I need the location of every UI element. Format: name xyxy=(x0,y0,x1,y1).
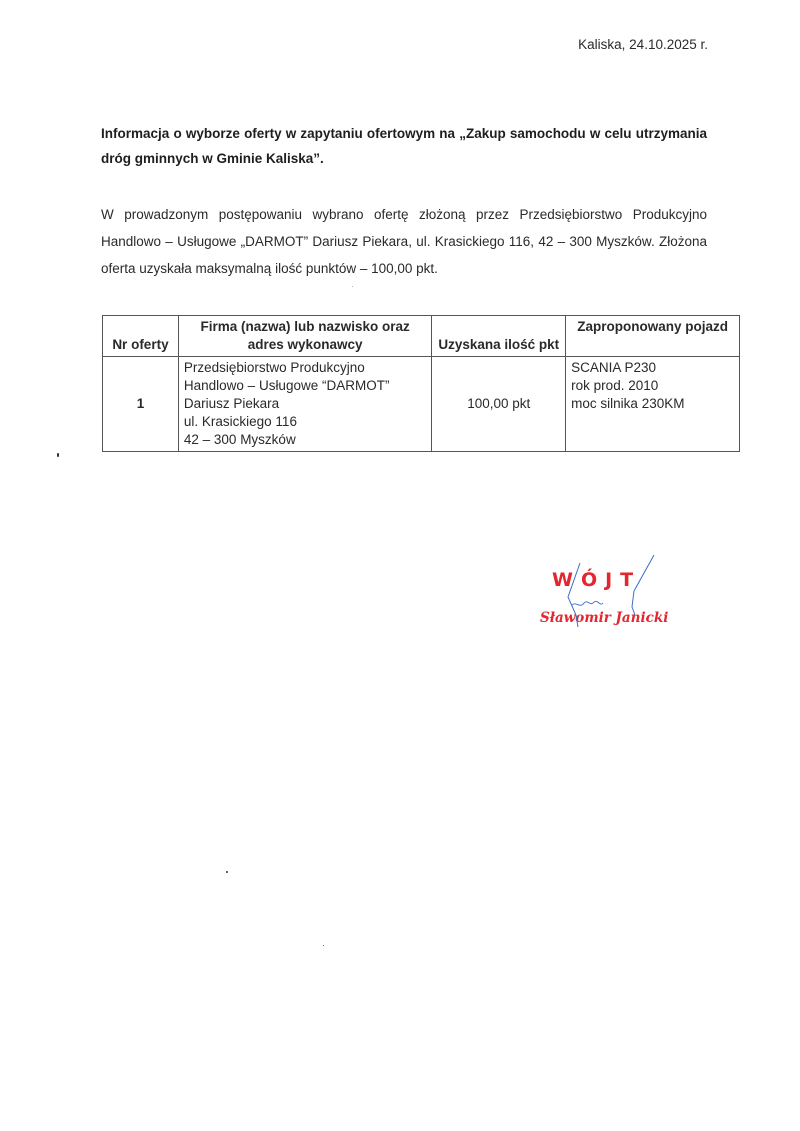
body-paragraph: W prowadzonym postępowaniu wybrano ofert… xyxy=(101,201,707,282)
vehicle-line: rok prod. 2010 xyxy=(571,377,734,395)
firm-line: Dariusz Piekara xyxy=(184,395,427,413)
scan-speck xyxy=(121,341,122,343)
firm-line: Handlowo – Usługowe “DARMOT” xyxy=(184,377,427,395)
title-line-2: dróg gminnych w Gminie Kaliska”. xyxy=(101,146,707,171)
firm-line: Przedsiębiorstwo Produkcyjno xyxy=(184,359,427,377)
cell-pojazd: SCANIA P230 rok prod. 2010 moc silnika 2… xyxy=(566,357,740,452)
title-line-1: Informacja o wyborze oferty w zapytaniu … xyxy=(101,121,707,146)
cell-punkty: 100,00 pkt xyxy=(432,357,566,452)
body-line-1: W prowadzonym postępowaniu wybrano ofert… xyxy=(101,201,707,228)
firm-line: 42 – 300 Myszków xyxy=(184,431,427,449)
header-nr-oferty: Nr oferty xyxy=(103,316,179,357)
handwritten-signature-icon xyxy=(536,555,686,645)
place-date: Kaliska, 24.10.2025 r. xyxy=(578,37,708,52)
scan-speck xyxy=(323,945,324,946)
offers-table: Nr oferty Firma (nazwa) lub nazwisko ora… xyxy=(102,315,740,452)
document-title: Informacja o wyborze oferty w zapytaniu … xyxy=(101,121,707,171)
scan-speck xyxy=(57,453,59,457)
signature-stamp: WÓJT Sławomir Janicki xyxy=(536,555,686,635)
document-page: Kaliska, 24.10.2025 r. Informacja o wybo… xyxy=(0,0,800,1131)
vehicle-line: SCANIA P230 xyxy=(571,359,734,377)
body-line-3: oferta uzyskała maksymalną ilość punktów… xyxy=(101,255,707,282)
table-row: 1 Przedsiębiorstwo Produkcyjno Handlowo … xyxy=(103,357,740,452)
header-pojazd: Zaproponowany pojazd xyxy=(566,316,740,357)
firm-line: ul. Krasickiego 116 xyxy=(184,413,427,431)
scan-speck xyxy=(226,871,228,873)
vehicle-line: moc silnika 230KM xyxy=(571,395,734,413)
header-punkty: Uzyskana ilość pkt xyxy=(432,316,566,357)
scan-speck xyxy=(352,286,353,287)
header-firma: Firma (nazwa) lub nazwisko oraz adres wy… xyxy=(178,316,432,357)
cell-firma: Przedsiębiorstwo Produkcyjno Handlowo – … xyxy=(178,357,432,452)
body-line-2: Handlowo – Usługowe „DARMOT” Dariusz Pie… xyxy=(101,228,707,255)
table-header-row: Nr oferty Firma (nazwa) lub nazwisko ora… xyxy=(103,316,740,357)
cell-nr: 1 xyxy=(103,357,179,452)
